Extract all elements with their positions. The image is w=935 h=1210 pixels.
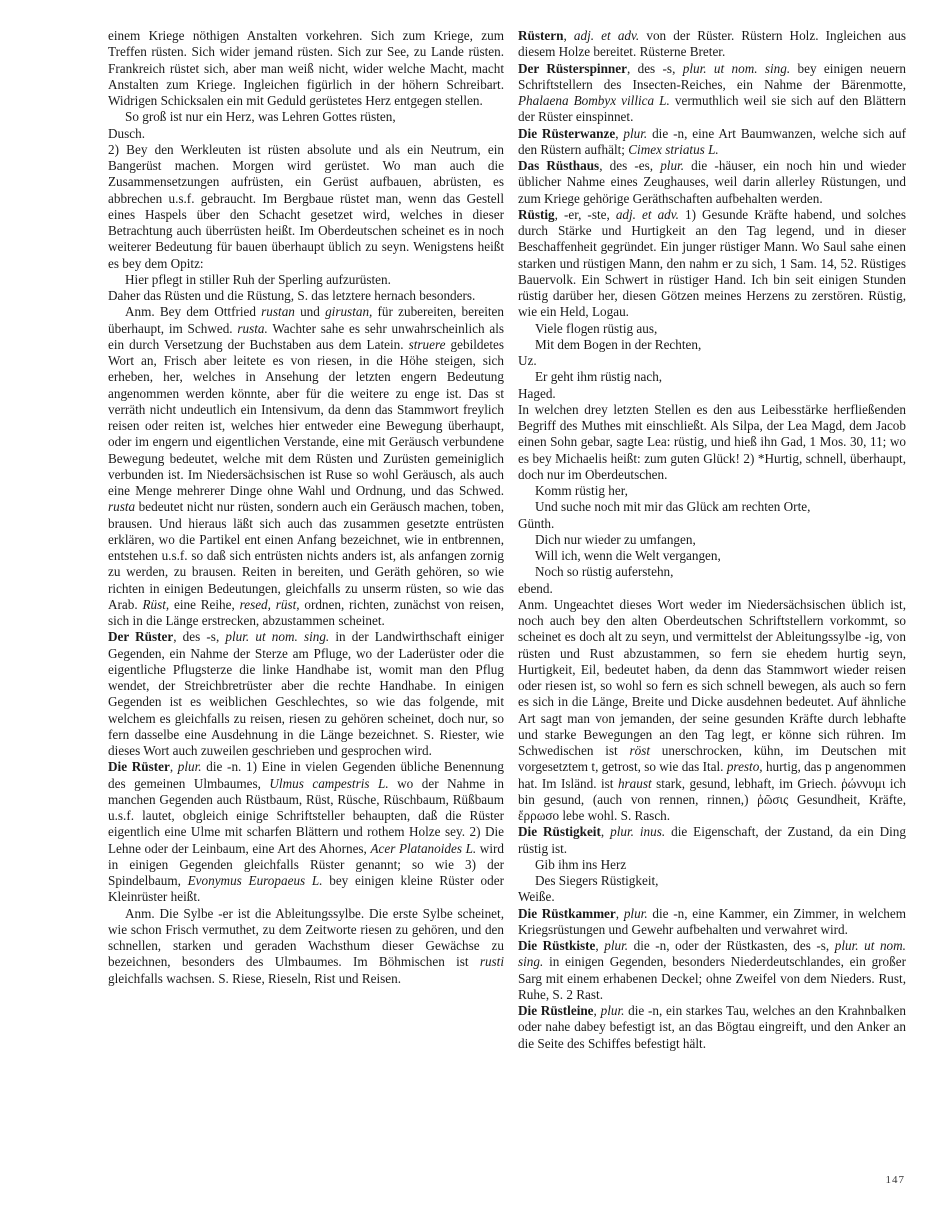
text: Günth. xyxy=(518,516,554,531)
italic-term: plur. xyxy=(623,126,647,141)
text: Komm rüstig her, xyxy=(535,483,628,498)
paragraph: Anm. Ungeachtet dieses Wort weder im Nie… xyxy=(518,597,906,825)
dictionary-entry: Die Rüster, plur. die -n. 1) Eine in vie… xyxy=(108,759,504,905)
verse-line: So groß ist nur ein Herz, was Lehren Got… xyxy=(108,109,504,125)
text: in einigen Gegenden, besonders Niederdeu… xyxy=(518,954,906,1002)
text: In welchen drey letzten Stellen es den a… xyxy=(518,402,906,482)
dictionary-entry: Die Rüstkammer, plur. die -n, eine Kamme… xyxy=(518,906,906,939)
dictionary-page: einem Kriege nöthigen Anstalten vorkehre… xyxy=(0,0,935,1210)
quote-source: Weiße. xyxy=(518,889,906,905)
italic-term: rusta. xyxy=(237,321,267,336)
italic-term: plur. xyxy=(178,759,202,774)
italic-term: plur. xyxy=(601,1003,625,1018)
dictionary-entry: Rüstig, -er, -ste, adj. et adv. 1) Gesun… xyxy=(518,207,906,321)
verse-line: Des Siegers Rüstigkeit, xyxy=(518,873,906,889)
quote-source: Günth. xyxy=(518,516,906,532)
italic-term: struere xyxy=(409,337,446,352)
italic-term: Phalaena Bombyx villica L. xyxy=(518,93,670,108)
entry-headword: Der Rüster xyxy=(108,629,173,644)
entry-headword: Rüstig xyxy=(518,207,555,222)
text: , -er, -ste, xyxy=(555,207,616,222)
entry-headword: Die Rüsterwanze xyxy=(518,126,615,141)
italic-term: resed, rüst, xyxy=(240,597,300,612)
text: Gib ihm ins Herz xyxy=(535,857,626,872)
verse-line: Gib ihm ins Herz xyxy=(518,857,906,873)
italic-term: presto, xyxy=(727,759,763,774)
text: Des Siegers Rüstigkeit, xyxy=(535,873,658,888)
text: Will ich, wenn die Welt vergangen, xyxy=(535,548,721,563)
italic-term: plur. inus. xyxy=(610,824,665,839)
text: So groß ist nur ein Herz, was Lehren Got… xyxy=(125,109,396,124)
text: , xyxy=(563,28,573,43)
italic-term: plur. ut nom. sing. xyxy=(225,629,329,644)
verse-line: Mit dem Bogen in der Rechten, xyxy=(518,337,906,353)
text: , des -es, xyxy=(599,158,660,173)
text: gleichfalls wachsen. S. Riese, Rieseln, … xyxy=(108,971,401,986)
text: Daher das Rüsten und die Rüstung, S. das… xyxy=(108,288,475,303)
dictionary-entry: Die Rüstkiste, plur. die -n, oder der Rü… xyxy=(518,938,906,1003)
text: Haged. xyxy=(518,386,556,401)
text: Dich nur wieder zu umfangen, xyxy=(535,532,696,547)
verse-line: Komm rüstig her, xyxy=(518,483,906,499)
text: 1) Gesunde Kräfte habend, und solches du… xyxy=(518,207,906,320)
dictionary-entry: Der Rüster, des -s, plur. ut nom. sing. … xyxy=(108,629,504,759)
dictionary-entry: Das Rüsthaus, des -es, plur. die -häuser… xyxy=(518,158,906,207)
text: Und suche noch mit mir das Glück am rech… xyxy=(535,499,810,514)
italic-term: plur. xyxy=(624,906,648,921)
dictionary-entry: Die Rüsterwanze, plur. die -n, eine Art … xyxy=(518,126,906,159)
text: einem Kriege nöthigen Anstalten vorkehre… xyxy=(108,28,504,108)
entry-headword: Rüstern xyxy=(518,28,563,43)
italic-term: rusta xyxy=(108,499,135,514)
text: gebildetes Wort an, Frisch aber leitete … xyxy=(108,337,504,498)
text: , des -s, xyxy=(627,61,683,76)
italic-term: plur. xyxy=(660,158,684,173)
entry-headword: Der Rüsterspinner xyxy=(518,61,627,76)
text: Weiße. xyxy=(518,889,555,904)
italic-term: girustan, xyxy=(325,304,372,319)
italic-term: plur. xyxy=(604,938,628,953)
paragraph: In welchen drey letzten Stellen es den a… xyxy=(518,402,906,483)
text: in der Landwirthschaft einiger Gegenden,… xyxy=(108,629,504,758)
verse-line: Viele flogen rüstig aus, xyxy=(518,321,906,337)
text: Anm. Die Sylbe -er ist die Ableitungssyl… xyxy=(108,906,504,970)
text: , des -s, xyxy=(173,629,225,644)
text: , xyxy=(594,1003,601,1018)
italic-term: adj. et adv. xyxy=(616,207,679,222)
text: , xyxy=(601,824,610,839)
text: , xyxy=(616,906,624,921)
dictionary-entry: Die Rüstigkeit, plur. inus. die Eigensch… xyxy=(518,824,906,857)
entry-headword: Die Rüstleine xyxy=(518,1003,594,1018)
entry-headword: Das Rüsthaus xyxy=(518,158,599,173)
italic-term: rusti xyxy=(480,954,504,969)
right-column: Rüstern, adj. et adv. von der Rüster. Rü… xyxy=(518,28,906,1052)
text: eine Reihe, xyxy=(169,597,239,612)
italic-term: Evonymus Europaeus L. xyxy=(188,873,323,888)
text: und xyxy=(295,304,325,319)
paragraph: Anm. Die Sylbe -er ist die Ableitungssyl… xyxy=(108,906,504,987)
verse-line: Hier pflegt in stiller Ruh der Sperling … xyxy=(108,272,504,288)
text: Uz. xyxy=(518,353,537,368)
text: Viele flogen rüstig aus, xyxy=(535,321,657,336)
italic-term: adj. et adv. xyxy=(574,28,639,43)
italic-term: röst xyxy=(629,743,650,758)
text: bedeutet nicht nur rüsten, sondern auch … xyxy=(108,499,504,612)
italic-term: Ulmus campestris L. xyxy=(269,776,388,791)
quote-source: Haged. xyxy=(518,386,906,402)
text: Noch so rüstig auferstehn, xyxy=(535,564,673,579)
paragraph: einem Kriege nöthigen Anstalten vorkehre… xyxy=(108,28,504,109)
page-number: 147 xyxy=(886,1174,906,1186)
dictionary-entry: Die Rüstleine, plur. die -n, ein starkes… xyxy=(518,1003,906,1052)
verse-line: Will ich, wenn die Welt vergangen, xyxy=(518,548,906,564)
text: , xyxy=(595,938,604,953)
verse-line: Und suche noch mit mir das Glück am rech… xyxy=(518,499,906,515)
italic-term: rustan xyxy=(261,304,295,319)
verse-line: Noch so rüstig auferstehn, xyxy=(518,564,906,580)
text: Anm. Ungeachtet dieses Wort weder im Nie… xyxy=(518,597,906,758)
text: die -n, oder der Rüstkasten, des -s, xyxy=(628,938,835,953)
entry-headword: Die Rüstigkeit xyxy=(518,824,601,839)
text: ebend. xyxy=(518,581,553,596)
dictionary-entry: Der Rüsterspinner, des -s, plur. ut nom.… xyxy=(518,61,906,126)
text: Mit dem Bogen in der Rechten, xyxy=(535,337,701,352)
verse-line: Er geht ihm rüstig nach, xyxy=(518,369,906,385)
text: Er geht ihm rüstig nach, xyxy=(535,369,662,384)
italic-term: hraust xyxy=(618,776,652,791)
quote-source: Uz. xyxy=(518,353,906,369)
verse-line: Dich nur wieder zu umfangen, xyxy=(518,532,906,548)
italic-term: Cimex striatus L. xyxy=(628,142,719,157)
text: Dusch. xyxy=(108,126,145,141)
paragraph: Anm. Bey dem Ottfried rustan und girusta… xyxy=(108,304,504,629)
left-column: einem Kriege nöthigen Anstalten vorkehre… xyxy=(108,28,504,987)
italic-term: Rüst, xyxy=(142,597,169,612)
italic-term: plur. ut nom. sing. xyxy=(683,61,790,76)
italic-term: Acer Platanoides L. xyxy=(370,841,476,856)
text: , xyxy=(170,759,178,774)
paragraph: 2) Bey den Werkleuten ist rüsten absolut… xyxy=(108,142,504,272)
paragraph: Daher das Rüsten und die Rüstung, S. das… xyxy=(108,288,504,304)
dictionary-entry: Rüstern, adj. et adv. von der Rüster. Rü… xyxy=(518,28,906,61)
text: 2) Bey den Werkleuten ist rüsten absolut… xyxy=(108,142,504,271)
text: Hier pflegt in stiller Ruh der Sperling … xyxy=(125,272,391,287)
text: Anm. Bey dem Ottfried xyxy=(125,304,261,319)
entry-headword: Die Rüstkiste xyxy=(518,938,595,953)
quote-source: Dusch. xyxy=(108,126,504,142)
entry-headword: Die Rüstkammer xyxy=(518,906,616,921)
entry-headword: Die Rüster xyxy=(108,759,170,774)
quote-source: ebend. xyxy=(518,581,906,597)
